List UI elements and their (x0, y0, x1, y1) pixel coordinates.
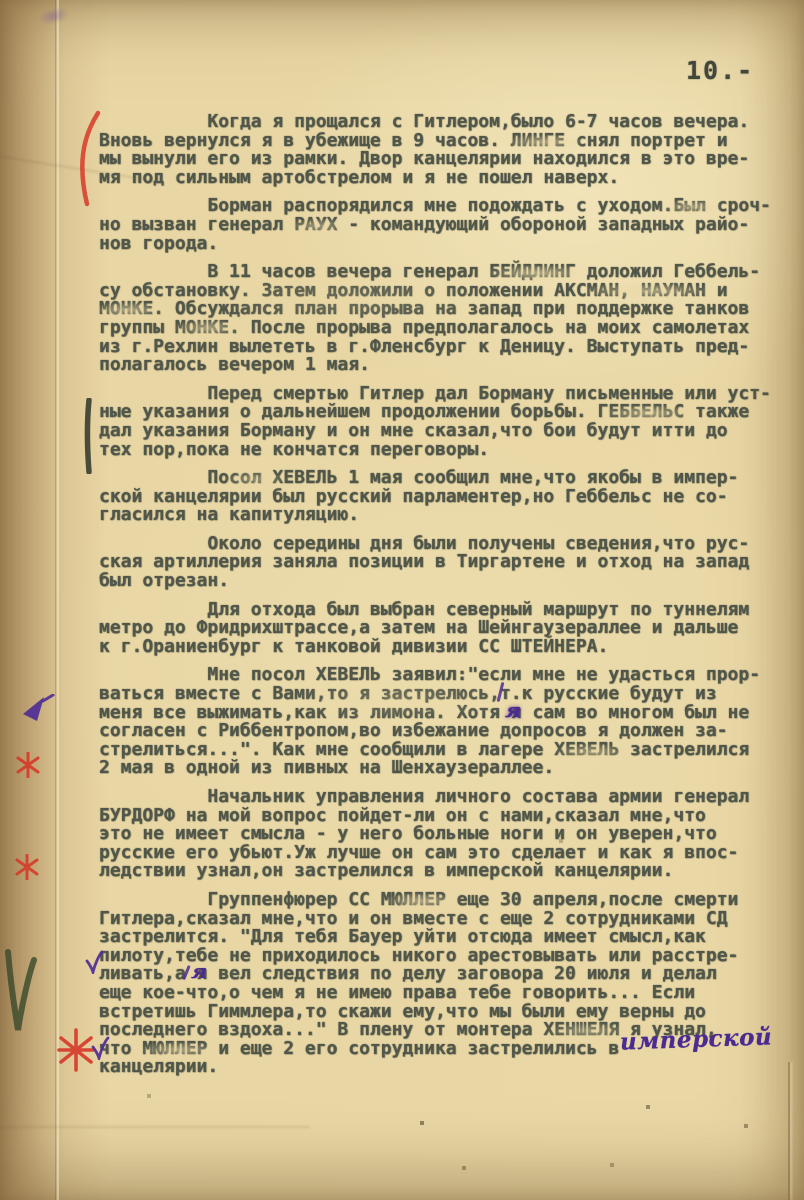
ink-smudge (37, 4, 72, 27)
paragraph-hewel-envoy: Посол ХЕВЕЛЬ 1 мая сообщил мне,что якобы… (99, 469, 779, 525)
paragraph-mueller: Группенфюрер СС МЮЛЛЕР еще 30 апреля,пос… (99, 891, 779, 1077)
page-number: 10.- (686, 58, 754, 84)
document-body: Когда я прощался с Гитлером,было 6-7 час… (99, 113, 779, 1087)
paragraph-burgdorf: Начальник управления личного состава арм… (99, 788, 779, 881)
paragraph-bormann-order: Борман распорядился мне подождать с уход… (99, 197, 779, 253)
green-check-mark (0, 944, 42, 1038)
red-asterisk-mark-1 (15, 752, 41, 778)
paragraph-escape-route: Для отхода был выбран северный маршрут п… (99, 601, 779, 657)
vertical-crease (55, 0, 59, 1200)
purple-arrow-mark (20, 694, 56, 726)
red-asterisk-mark-2 (14, 854, 40, 880)
paper-specks (0, 0, 2, 2)
paragraph-weidling-report: В 11 часов вечера генерал БЕЙДЛИНГ долож… (99, 263, 779, 375)
paragraph-hewel-statement: Мне посол ХЕВЕЛЬ заявил:"если мне не уда… (99, 666, 779, 778)
paper-edge-line (788, 1062, 790, 1200)
red-asterisk-mark-3 (56, 1028, 96, 1072)
dark-vertical-line-mark (83, 398, 95, 474)
paragraph-artillery-tiergarten: Около середины дня были получены сведени… (99, 535, 779, 591)
horizontal-crease (0, 1126, 310, 1128)
paragraph-hitler-instructions: Перед смертью Гитлер дал Борману письмен… (99, 385, 779, 459)
paragraph-farewell-hitler: Когда я прощался с Гитлером,было 6-7 час… (99, 113, 779, 187)
scanned-document-page: 10.- Когда я прощался с Гитлером,было 6-… (0, 0, 804, 1200)
